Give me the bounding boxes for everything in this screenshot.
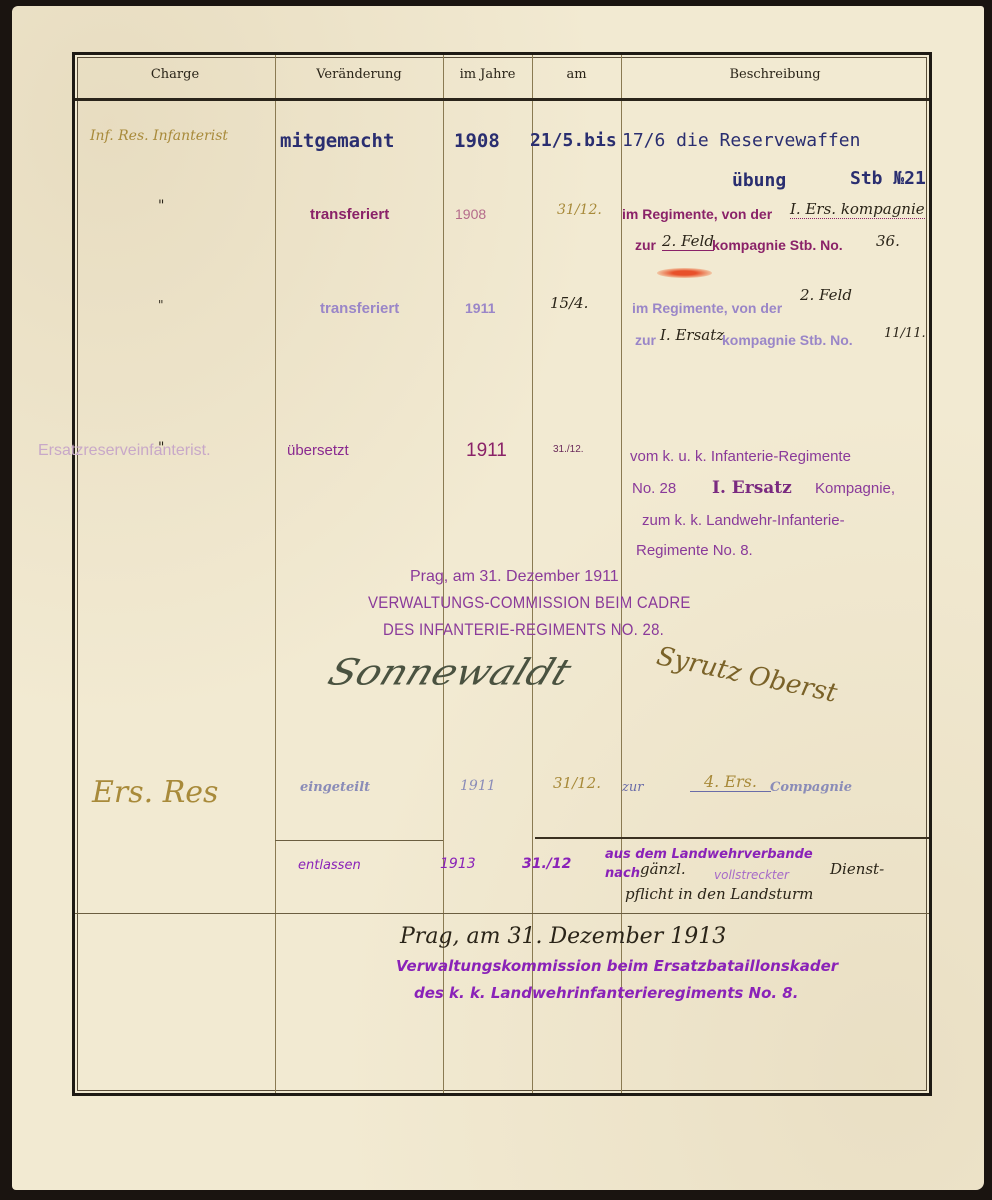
- entry5-charge: Ers. Res: [92, 775, 218, 810]
- entry4-ersatz: I. Ersatz: [712, 478, 792, 498]
- entry2-kompagnie: kompagnie Stb. No.: [712, 237, 843, 253]
- entry6-vollstreckter: vollstreckter: [714, 868, 789, 882]
- entry2-am: 31/12.: [557, 202, 602, 218]
- entry4-veraenderung: übersetzt: [287, 442, 349, 459]
- entry4-beschreibung-line1: vom k. u. k. Infanterie-Regimente: [630, 448, 851, 465]
- entry6-beschreibung-line1: aus dem Landwehrverbande: [605, 847, 813, 862]
- entry2-beschreibung-pre: im Regimente, von der: [622, 206, 772, 222]
- entry1-beschreibung-line2: übung: [732, 170, 786, 191]
- entry1-stb: Stb №21: [850, 168, 926, 189]
- entry3-beschreibung-hand: 2. Feld: [800, 286, 852, 304]
- stamp1911-line3: DES INFANTERIE-REGIMENTS NO. 28.: [383, 620, 664, 640]
- entry6-jahr: 1913: [440, 856, 476, 872]
- entry1-beschreibung-line1: 17/6 die Reservewaffen: [622, 130, 860, 151]
- header-charge: Charge: [75, 67, 275, 82]
- entry2-stb-hand: 36.: [876, 232, 900, 250]
- stamp1911-place-date: Prag, am 31. Dezember 1911: [410, 568, 619, 586]
- entry2-charge-ditto: ": [158, 198, 164, 214]
- entry6-nach: nach: [605, 866, 640, 881]
- entry5-compagnie: Compagnie: [770, 780, 852, 795]
- entry4-beschreibung-line3: zum k. k. Landwehr-Infanterie-: [642, 512, 845, 529]
- entry4-beschreibung-line4: Regimente No. 8.: [636, 542, 753, 559]
- entry2-zur-hand: 2. Feld: [662, 232, 714, 251]
- entry5-jahr: 1911: [460, 778, 496, 794]
- entry4-beschreibung-no28: No. 28: [632, 480, 676, 497]
- entry2-zur: zur: [635, 237, 656, 253]
- entry1-jahr: 1908: [454, 130, 500, 152]
- entry6-hand2: Dienst-: [830, 860, 884, 878]
- entry6-hand1: gänzl.: [640, 860, 686, 878]
- stamp1913-line2: des k. k. Landwehrinfanterieregiments No…: [414, 984, 798, 1002]
- entry1-am: 21/5.bis: [530, 130, 617, 151]
- entry6-veraenderung: entlassen: [298, 858, 361, 873]
- entry2-veraenderung: transferiert: [310, 206, 389, 223]
- stamp1913-line1: Verwaltungskommission beim Ersatzbataill…: [396, 957, 838, 975]
- entry3-zur: zur: [635, 332, 656, 348]
- header-jahr: im Jahre: [443, 67, 532, 82]
- entry6-hand3: pflicht in den Landsturm: [625, 885, 813, 903]
- header-am: am: [532, 67, 621, 82]
- entry4-charge-ditto: ": [158, 440, 164, 456]
- header-beschreibung: Beschreibung: [621, 67, 929, 82]
- column-divider: [275, 55, 276, 1093]
- entry3-charge-ditto: ": [158, 298, 164, 312]
- entry5-veraenderung: eingeteilt: [300, 780, 370, 795]
- entry3-stb-hand: 11/11.: [884, 326, 926, 341]
- entry1-veraenderung: mitgemacht: [280, 130, 394, 152]
- stamp1911-line2: VERWALTUNGS-COMMISSION BEIM CADRE: [368, 593, 691, 613]
- header-rule: [75, 98, 929, 101]
- entry4-charge: Ersatzreserveinfanterist.: [38, 442, 211, 460]
- stamp1913-handwritten: Prag, am 31. Dezember 1913: [400, 924, 726, 949]
- entry3-am: 15/4.: [550, 294, 588, 312]
- entry2-beschreibung-hand: I. Ers. kompagnie: [790, 200, 925, 219]
- row-rule: [535, 837, 929, 839]
- entry5-zur: zur: [622, 780, 643, 795]
- entry4-am: 31./12.: [553, 444, 584, 455]
- header-veraenderung: Veränderung: [275, 67, 443, 82]
- entry5-hand: 4. Ers.: [690, 772, 771, 792]
- entry4-jahr: 1911: [466, 440, 507, 462]
- signature-left: Sonnewaldt: [322, 652, 576, 693]
- row-rule: [275, 840, 443, 841]
- entry2-jahr: 1908: [455, 206, 486, 222]
- entry6-am: 31./12: [522, 856, 571, 872]
- entry3-jahr: 1911: [465, 300, 495, 316]
- entry4-kompagnie: Kompagnie,: [815, 480, 895, 497]
- entry3-veraenderung: transferiert: [320, 300, 399, 317]
- entry5-am: 31/12.: [553, 774, 601, 792]
- entry3-kompagnie: kompagnie Stb. No.: [722, 332, 853, 348]
- row-rule: [75, 913, 929, 914]
- entry3-beschreibung-pre: im Regimente, von der: [632, 300, 782, 316]
- entry3-zur-hand: I. Ersatz: [660, 326, 724, 344]
- entry1-charge: Inf. Res. Infanterist: [90, 128, 228, 144]
